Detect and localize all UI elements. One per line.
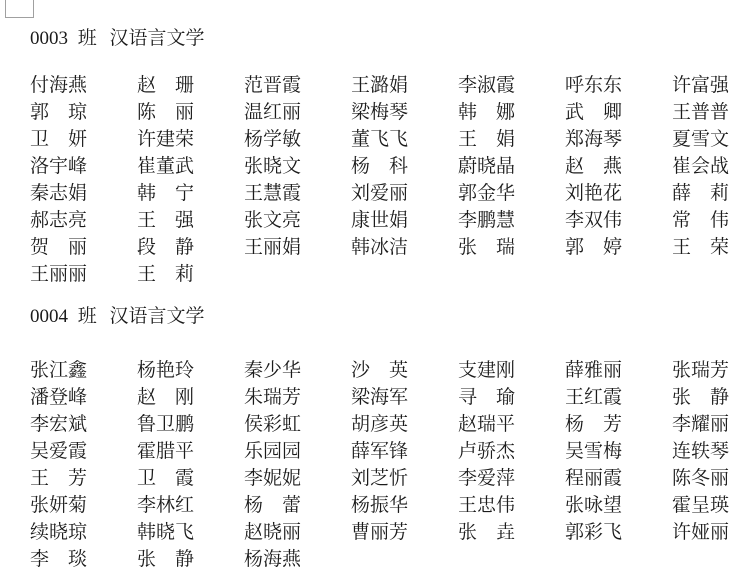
student-name-cell: 张静 xyxy=(672,384,756,411)
student-name: 张文亮 xyxy=(244,207,301,234)
student-name: 赵晓丽 xyxy=(244,519,301,546)
name-row: 王丽丽王莉 xyxy=(30,261,756,288)
student-name-cell: 郭金华 xyxy=(458,180,565,207)
student-name-cell: 刘爱丽 xyxy=(351,180,458,207)
student-name: 程丽霞 xyxy=(565,465,622,492)
student-name: 侯彩虹 xyxy=(244,411,301,438)
student-name-cell: 李淑霞 xyxy=(458,72,565,99)
student-name-cell: 杨学敏 xyxy=(244,126,351,153)
student-name-cell: 刘芝忻 xyxy=(351,465,458,492)
student-name-cell: 武卿 xyxy=(565,99,672,126)
student-name: 呼东东 xyxy=(565,72,622,99)
student-name-cell: 李妮妮 xyxy=(244,465,351,492)
student-name: 常伟 xyxy=(672,207,729,234)
student-name-cell: 郭彩飞 xyxy=(565,519,672,546)
student-name-cell: 杨艳玲 xyxy=(137,357,244,384)
student-name-cell: 夏雪文 xyxy=(672,126,756,153)
student-name-cell: 薛军锋 xyxy=(351,438,458,465)
student-name: 陈冬丽 xyxy=(672,465,729,492)
student-name-cell: 李双伟 xyxy=(565,207,672,234)
student-name-cell: 张静 xyxy=(137,546,244,572)
student-name: 李耀丽 xyxy=(672,411,729,438)
student-name-cell: 乐园园 xyxy=(244,438,351,465)
student-name: 鲁卫鹏 xyxy=(137,411,194,438)
student-name-cell: 吴雪梅 xyxy=(565,438,672,465)
student-name: 卫霞 xyxy=(137,465,194,492)
class-number: 0003 xyxy=(30,28,68,49)
student-name: 赵珊 xyxy=(137,72,194,99)
name-row: 洛宇峰崔董武张晓文杨科蔚晓晶赵燕崔会战 xyxy=(30,153,756,180)
name-row: 吴爱霞霍腊平乐园园薛军锋卢骄杰吴雪梅连轶琴 xyxy=(30,438,756,465)
student-name: 张晓文 xyxy=(244,153,301,180)
student-name-cell: 常伟 xyxy=(672,207,756,234)
student-name-cell: 赵燕 xyxy=(565,153,672,180)
student-name: 王红霞 xyxy=(565,384,622,411)
student-name-cell: 张垚 xyxy=(458,519,565,546)
name-row: 张江鑫杨艳玲秦少华沙英支建刚薛雅丽张瑞芳 xyxy=(30,357,756,384)
student-name-cell: 霍腊平 xyxy=(137,438,244,465)
student-name: 郭婷 xyxy=(565,234,622,261)
student-name-cell: 卫霞 xyxy=(137,465,244,492)
name-row: 秦志娟韩宁王慧霞刘爱丽郭金华刘艳花薛莉 xyxy=(30,180,756,207)
student-name-cell: 薛莉 xyxy=(672,180,756,207)
student-name-cell: 薛雅丽 xyxy=(565,357,672,384)
student-name: 李琰 xyxy=(30,546,87,572)
student-name-cell: 陈冬丽 xyxy=(672,465,756,492)
student-name-cell: 郭琼 xyxy=(30,99,137,126)
student-name-cell: 张文亮 xyxy=(244,207,351,234)
student-name: 李林红 xyxy=(137,492,194,519)
student-name-cell: 赵瑞平 xyxy=(458,411,565,438)
student-name-cell: 赵刚 xyxy=(137,384,244,411)
student-name-cell: 朱瑞芳 xyxy=(244,384,351,411)
student-name: 王慧霞 xyxy=(244,180,301,207)
name-row: 张妍菊李林红杨蕾杨振华王忠伟张咏望霍呈瑛 xyxy=(30,492,756,519)
student-name: 康世娟 xyxy=(351,207,408,234)
student-name-cell: 程丽霞 xyxy=(565,465,672,492)
student-name-cell: 许娅丽 xyxy=(672,519,756,546)
student-name-cell: 卢骄杰 xyxy=(458,438,565,465)
class-section-0003: 0003 班 汉语言文学 付海燕赵珊范晋霞王潞娟李淑霞呼东东许富强郭琼陈丽温红丽… xyxy=(30,25,756,288)
student-name-cell: 秦少华 xyxy=(244,357,351,384)
student-name: 崔会战 xyxy=(672,153,729,180)
student-name-cell: 王忠伟 xyxy=(458,492,565,519)
student-name: 张江鑫 xyxy=(30,357,87,384)
student-name: 卫妍 xyxy=(30,126,87,153)
student-name: 杨艳玲 xyxy=(137,357,194,384)
name-row: 付海燕赵珊范晋霞王潞娟李淑霞呼东东许富强 xyxy=(30,72,756,99)
student-name: 韩宁 xyxy=(137,180,194,207)
student-name: 范晋霞 xyxy=(244,72,301,99)
student-name: 曹丽芳 xyxy=(351,519,408,546)
name-row: 贺丽段静王丽娟韩冰洁张瑞郭婷王荣 xyxy=(30,234,756,261)
student-name: 武卿 xyxy=(565,99,622,126)
student-name: 郑海琴 xyxy=(565,126,622,153)
name-row: 郝志亮王强张文亮康世娟李鹏慧李双伟常伟 xyxy=(30,207,756,234)
student-name: 贺丽 xyxy=(30,234,87,261)
student-name: 杨芳 xyxy=(565,411,622,438)
student-name-cell: 胡彦英 xyxy=(351,411,458,438)
student-name: 赵刚 xyxy=(137,384,194,411)
student-name-cell: 王潞娟 xyxy=(351,72,458,99)
student-name: 王娟 xyxy=(458,126,515,153)
student-name: 王潞娟 xyxy=(351,72,408,99)
student-name: 支建刚 xyxy=(458,357,515,384)
student-name-cell: 许富强 xyxy=(672,72,756,99)
student-name-cell: 蔚晓晶 xyxy=(458,153,565,180)
student-name-cell: 赵晓丽 xyxy=(244,519,351,546)
student-name: 杨振华 xyxy=(351,492,408,519)
student-name-cell: 李宏斌 xyxy=(30,411,137,438)
student-name-cell: 李鹏慧 xyxy=(458,207,565,234)
student-name: 张妍菊 xyxy=(30,492,87,519)
student-name: 王强 xyxy=(137,207,194,234)
student-name: 潘登峰 xyxy=(30,384,87,411)
student-name-cell: 王荣 xyxy=(672,234,756,261)
student-name-cell: 鲁卫鹏 xyxy=(137,411,244,438)
student-name-cell: 韩娜 xyxy=(458,99,565,126)
student-name: 王普普 xyxy=(672,99,729,126)
student-name-cell: 王强 xyxy=(137,207,244,234)
student-name-cell: 杨振华 xyxy=(351,492,458,519)
student-name: 许富强 xyxy=(672,72,729,99)
student-name: 郝志亮 xyxy=(30,207,87,234)
student-name: 薛莉 xyxy=(672,180,729,207)
student-name: 张静 xyxy=(672,384,729,411)
student-name: 王忠伟 xyxy=(458,492,515,519)
student-name-cell: 王普普 xyxy=(672,99,756,126)
student-name: 王丽丽 xyxy=(30,261,87,288)
student-name-cell: 韩晓飞 xyxy=(137,519,244,546)
student-name: 沙英 xyxy=(351,357,408,384)
student-name-cell: 曹丽芳 xyxy=(351,519,458,546)
student-name: 李妮妮 xyxy=(244,465,301,492)
student-name-cell: 张晓文 xyxy=(244,153,351,180)
student-name: 卢骄杰 xyxy=(458,438,515,465)
student-name: 王莉 xyxy=(137,261,194,288)
student-name: 韩晓飞 xyxy=(137,519,194,546)
class-suffix: 班 xyxy=(78,306,97,327)
student-name-cell: 李爱萍 xyxy=(458,465,565,492)
student-name: 赵瑞平 xyxy=(458,411,515,438)
student-name: 杨学敏 xyxy=(244,126,301,153)
student-name: 韩娜 xyxy=(458,99,515,126)
page-content: 0003 班 汉语言文学 付海燕赵珊范晋霞王潞娟李淑霞呼东东许富强郭琼陈丽温红丽… xyxy=(30,25,756,572)
class-suffix: 班 xyxy=(78,28,97,49)
document-page: 0003 班 汉语言文学 付海燕赵珊范晋霞王潞娟李淑霞呼东东许富强郭琼陈丽温红丽… xyxy=(0,0,756,572)
class-section-0004: 0004 班 汉语言文学 张江鑫杨艳玲秦少华沙英支建刚薛雅丽张瑞芳潘登峰赵刚朱瑞… xyxy=(30,303,756,572)
student-name-cell: 李琰 xyxy=(30,546,137,572)
student-name: 王丽娟 xyxy=(244,234,301,261)
student-name: 张瑞芳 xyxy=(672,357,729,384)
student-name-cell: 杨海燕 xyxy=(244,546,351,572)
student-name-cell: 张妍菊 xyxy=(30,492,137,519)
name-row: 李琰张静杨海燕 xyxy=(30,546,756,572)
student-name: 薛雅丽 xyxy=(565,357,622,384)
student-name: 崔董武 xyxy=(137,153,194,180)
student-name-cell: 卫妍 xyxy=(30,126,137,153)
student-name-cell: 张瑞芳 xyxy=(672,357,756,384)
student-name-cell: 郭婷 xyxy=(565,234,672,261)
class-major: 汉语言文学 xyxy=(110,306,205,327)
student-name-cell: 崔会战 xyxy=(672,153,756,180)
student-name-cell: 王红霞 xyxy=(565,384,672,411)
student-name-cell: 呼东东 xyxy=(565,72,672,99)
student-name-cell: 董飞飞 xyxy=(351,126,458,153)
name-grid: 付海燕赵珊范晋霞王潞娟李淑霞呼东东许富强郭琼陈丽温红丽梁梅琴韩娜武卿王普普卫妍许… xyxy=(30,72,756,288)
student-name: 李爱萍 xyxy=(458,465,515,492)
student-name-cell: 王丽丽 xyxy=(30,261,137,288)
student-name: 杨海燕 xyxy=(244,546,301,572)
student-name-cell: 王芳 xyxy=(30,465,137,492)
student-name: 郭彩飞 xyxy=(565,519,622,546)
student-name: 秦少华 xyxy=(244,357,301,384)
student-name-cell: 李林红 xyxy=(137,492,244,519)
name-row: 卫妍许建荣杨学敏董飞飞王娟郑海琴夏雪文 xyxy=(30,126,756,153)
student-name-cell: 秦志娟 xyxy=(30,180,137,207)
student-name: 许建荣 xyxy=(137,126,194,153)
student-name-cell: 韩宁 xyxy=(137,180,244,207)
student-name: 刘爱丽 xyxy=(351,180,408,207)
student-name: 张垚 xyxy=(458,519,515,546)
student-name: 张咏望 xyxy=(565,492,622,519)
student-name-cell: 王丽娟 xyxy=(244,234,351,261)
student-name: 刘艳花 xyxy=(565,180,622,207)
student-name-cell: 王慧霞 xyxy=(244,180,351,207)
student-name: 朱瑞芳 xyxy=(244,384,301,411)
student-name-cell: 梁海军 xyxy=(351,384,458,411)
student-name-cell: 李耀丽 xyxy=(672,411,756,438)
student-name-cell: 王莉 xyxy=(137,261,244,288)
student-name-cell: 康世娟 xyxy=(351,207,458,234)
student-name-cell: 郑海琴 xyxy=(565,126,672,153)
student-name: 赵燕 xyxy=(565,153,622,180)
student-name-cell: 续晓琼 xyxy=(30,519,137,546)
student-name: 薛军锋 xyxy=(351,438,408,465)
student-name: 董飞飞 xyxy=(351,126,408,153)
student-name: 秦志娟 xyxy=(30,180,87,207)
student-name: 杨科 xyxy=(351,153,408,180)
student-name-cell: 韩冰洁 xyxy=(351,234,458,261)
student-name: 续晓琼 xyxy=(30,519,87,546)
student-name-cell: 沙英 xyxy=(351,357,458,384)
student-name-cell: 王娟 xyxy=(458,126,565,153)
name-row: 郭琼陈丽温红丽梁梅琴韩娜武卿王普普 xyxy=(30,99,756,126)
student-name: 张静 xyxy=(137,546,194,572)
name-row: 续晓琼韩晓飞赵晓丽曹丽芳张垚郭彩飞许娅丽 xyxy=(30,519,756,546)
student-name-cell: 崔董武 xyxy=(137,153,244,180)
student-name: 付海燕 xyxy=(30,72,87,99)
student-name: 吴爱霞 xyxy=(30,438,87,465)
student-name-cell: 支建刚 xyxy=(458,357,565,384)
student-name: 梁海军 xyxy=(351,384,408,411)
student-name: 吴雪梅 xyxy=(565,438,622,465)
student-name-cell: 段静 xyxy=(137,234,244,261)
student-name: 郭金华 xyxy=(458,180,515,207)
student-name: 李鹏慧 xyxy=(458,207,515,234)
student-name: 霍腊平 xyxy=(137,438,194,465)
student-name: 刘芝忻 xyxy=(351,465,408,492)
student-name: 段静 xyxy=(137,234,194,261)
student-name: 连轶琴 xyxy=(672,438,729,465)
section-header: 0003 班 汉语言文学 xyxy=(30,25,756,52)
student-name-cell: 寻瑜 xyxy=(458,384,565,411)
student-name: 李双伟 xyxy=(565,207,622,234)
student-name: 梁梅琴 xyxy=(351,99,408,126)
student-name: 陈丽 xyxy=(137,99,194,126)
student-name: 张瑞 xyxy=(458,234,515,261)
student-name-cell: 连轶琴 xyxy=(672,438,756,465)
section-header: 0004 班 汉语言文学 xyxy=(30,303,756,330)
student-name-cell: 范晋霞 xyxy=(244,72,351,99)
class-major: 汉语言文学 xyxy=(110,28,205,49)
student-name-cell: 陈丽 xyxy=(137,99,244,126)
corner-cell-border xyxy=(5,0,34,18)
student-name-cell: 张江鑫 xyxy=(30,357,137,384)
student-name-cell: 杨蕾 xyxy=(244,492,351,519)
student-name: 李宏斌 xyxy=(30,411,87,438)
student-name: 温红丽 xyxy=(244,99,301,126)
name-row: 王芳卫霞李妮妮刘芝忻李爱萍程丽霞陈冬丽 xyxy=(30,465,756,492)
student-name: 胡彦英 xyxy=(351,411,408,438)
student-name: 韩冰洁 xyxy=(351,234,408,261)
student-name-cell: 张瑞 xyxy=(458,234,565,261)
student-name: 洛宇峰 xyxy=(30,153,87,180)
name-row: 李宏斌鲁卫鹏侯彩虹胡彦英赵瑞平杨芳李耀丽 xyxy=(30,411,756,438)
student-name-cell: 侯彩虹 xyxy=(244,411,351,438)
student-name-cell: 贺丽 xyxy=(30,234,137,261)
student-name-cell: 洛宇峰 xyxy=(30,153,137,180)
name-grid: 张江鑫杨艳玲秦少华沙英支建刚薛雅丽张瑞芳潘登峰赵刚朱瑞芳梁海军寻瑜王红霞张静李宏… xyxy=(30,357,756,572)
student-name-cell: 温红丽 xyxy=(244,99,351,126)
student-name: 王荣 xyxy=(672,234,729,261)
student-name-cell: 杨芳 xyxy=(565,411,672,438)
student-name: 王芳 xyxy=(30,465,87,492)
student-name-cell: 刘艳花 xyxy=(565,180,672,207)
student-name: 夏雪文 xyxy=(672,126,729,153)
student-name: 许娅丽 xyxy=(672,519,729,546)
student-name: 乐园园 xyxy=(244,438,301,465)
student-name-cell: 潘登峰 xyxy=(30,384,137,411)
student-name-cell: 吴爱霞 xyxy=(30,438,137,465)
student-name: 李淑霞 xyxy=(458,72,515,99)
student-name-cell: 许建荣 xyxy=(137,126,244,153)
student-name: 蔚晓晶 xyxy=(458,153,515,180)
student-name-cell: 付海燕 xyxy=(30,72,137,99)
student-name-cell: 张咏望 xyxy=(565,492,672,519)
class-number: 0004 xyxy=(30,306,68,327)
student-name-cell: 杨科 xyxy=(351,153,458,180)
name-row: 潘登峰赵刚朱瑞芳梁海军寻瑜王红霞张静 xyxy=(30,384,756,411)
student-name-cell: 霍呈瑛 xyxy=(672,492,756,519)
student-name: 杨蕾 xyxy=(244,492,301,519)
student-name-cell: 赵珊 xyxy=(137,72,244,99)
student-name-cell: 梁梅琴 xyxy=(351,99,458,126)
student-name: 寻瑜 xyxy=(458,384,515,411)
student-name: 霍呈瑛 xyxy=(672,492,729,519)
student-name: 郭琼 xyxy=(30,99,87,126)
student-name-cell: 郝志亮 xyxy=(30,207,137,234)
